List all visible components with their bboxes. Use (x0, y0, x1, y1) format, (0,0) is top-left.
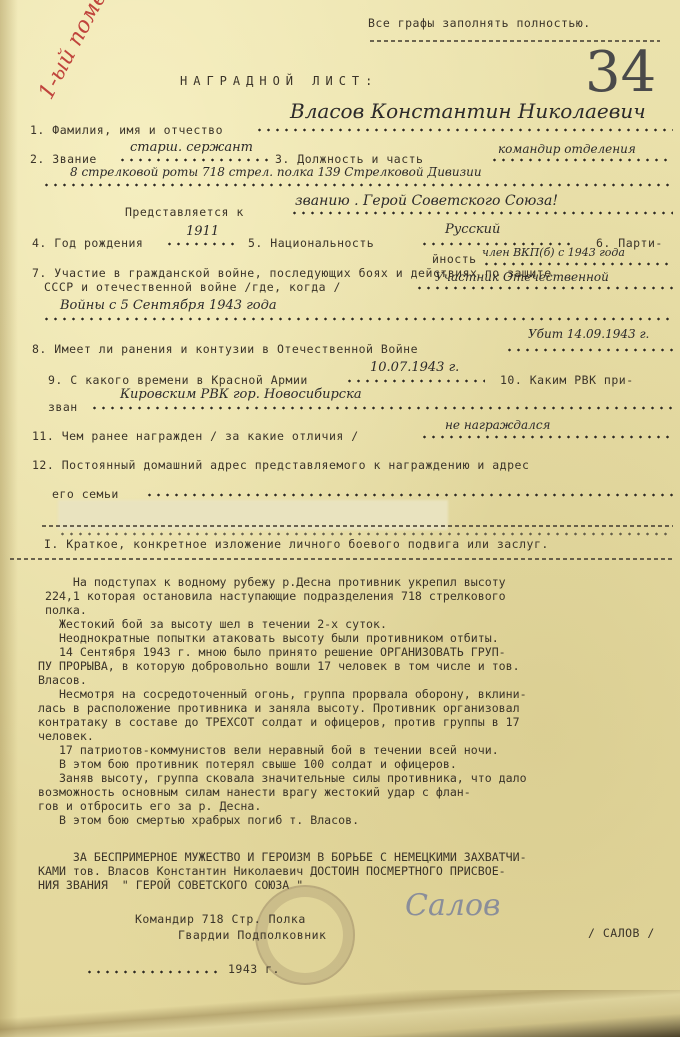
narrative-line: 14 Сентября 1943 г. мною было принято ре… (38, 645, 527, 659)
narrative-line: На подступах к водному рубежу р.Десна пр… (38, 575, 527, 589)
field-12-label-line2: его семьи (52, 487, 119, 501)
field-10-label-b: зван (48, 400, 78, 414)
commander-rank: Гвардии Подполковник (178, 928, 326, 942)
field-3-label: 3. Должность и часть (275, 152, 423, 166)
field-2-value: старш. сержант (130, 140, 253, 155)
narrative-text: На подступах к водному рубежу р.Десна пр… (38, 575, 527, 827)
present-label: Представляется к (125, 205, 244, 219)
document-title: НАГРАДНОЙ ЛИСТ: (180, 74, 378, 88)
field-7-value-line1: Участник Отечественной (435, 270, 609, 284)
field-7-value-line2: Войны с 5 Сентября 1943 года (60, 298, 277, 313)
conclusion-line: КАМИ тов. Власов Константин Николаевич Д… (38, 864, 527, 878)
narrative-line: возможность основным силам нанести врагу… (38, 785, 527, 799)
field-8-value: Убит 14.09.1943 г. (528, 327, 649, 341)
field-1-value: Власов Константин Николаевич (290, 99, 646, 123)
field-9-value: 10.07.1943 г. (370, 360, 459, 375)
field-12-label-line1: 12. Постоянный домашний адрес представля… (32, 458, 529, 472)
narrative-line: гов и отбросить его за р. Десна. (38, 799, 527, 813)
narrative-line: полка. (38, 603, 527, 617)
narrative-line: Жестокий бой за высоту шел в течении 2-х… (38, 617, 527, 631)
paper-edge-shadow (0, 0, 18, 1037)
sheet-number: 34 (585, 40, 656, 105)
field-7-dotted-line (415, 286, 673, 290)
field-1-label: 1. Фамилия, имя и отчество (30, 123, 223, 137)
handwritten-signature: Салов (405, 888, 500, 923)
date-year: 1943 г. (228, 962, 280, 976)
field-10-dotted-line (90, 406, 673, 410)
field-6-label-b: йность (432, 252, 477, 266)
field-9-label: 9. С какого времени в Красной Армии (48, 373, 308, 387)
narrative-line: лась в расположение противника и заняла … (38, 701, 527, 715)
commander-name: / САЛОВ / (588, 926, 655, 940)
field-2-label: 2. Звание (30, 152, 97, 166)
field-11-value: не награждался (445, 418, 551, 432)
field-7-label-line2: СССР и отечественной войне /где, когда / (44, 280, 341, 294)
narrative-line: В этом бою смертью храбрых погиб т. Влас… (38, 813, 527, 827)
field-5-value: Русский (445, 222, 500, 237)
commander-title: Командир 718 Стр. Полка (135, 912, 306, 926)
narrative-line: 224,1 которая остановила наступающие под… (38, 589, 527, 603)
field-7-dotted-line-2 (42, 317, 673, 321)
narrative-line: В этом бою противник потерял свыше 100 с… (38, 757, 527, 771)
narrative-line: Заняв высоту, группа сковала значительны… (38, 771, 527, 785)
field-4-label: 4. Год рождения (32, 236, 143, 250)
narrative-line: Несмотря на сосредоточенный огонь, групп… (38, 687, 527, 701)
field-5-label: 5. Национальность (248, 236, 374, 250)
field-12-dotted-line (145, 493, 673, 497)
field-8-dotted-line (505, 348, 673, 352)
field-9-dotted-line (345, 379, 485, 383)
field-11-label: 11. Чем ранее награжден / за какие отлич… (32, 429, 359, 443)
narrative-line: человек. (38, 729, 527, 743)
present-value: званию . Герой Советского Союза! (295, 193, 558, 209)
field-6-value: член ВКП(б) с 1943 года (482, 246, 625, 259)
field-10-label-a: 10. Каким РВК при- (500, 373, 634, 387)
paper-fold (0, 990, 680, 1037)
field-3-dotted-line-2 (42, 183, 673, 187)
instruction-text: Все графы заполнять полностью. (368, 16, 591, 30)
field-10-value: Кировским РВК гор. Новосибирска (120, 387, 362, 402)
field-12-dotted-line-2 (58, 532, 673, 536)
narrative-line: Неоднократные попытки атаковать высоту б… (38, 631, 527, 645)
conclusion-line: ЗА БЕСПРИМЕРНОЕ МУЖЕСТВО И ГЕРОИЗМ В БОР… (38, 850, 527, 864)
narrative-line: 17 патриотов-коммунистов вели неравный б… (38, 743, 527, 757)
field-3-value-line1: командир отделения (498, 142, 636, 156)
field-3-dotted-line (490, 158, 673, 162)
section-divider-bottom (10, 558, 673, 560)
narrative-line: контратаку в составе до ТРЕХСОТ солдат и… (38, 715, 527, 729)
narrative-line: Власов. (38, 673, 527, 687)
field-4-dotted-line (165, 242, 237, 246)
section-divider-top (42, 525, 673, 527)
present-dotted-line (290, 211, 673, 215)
field-11-dotted-line (420, 435, 673, 439)
narrative-line: ПУ ПРОРЫВА, в которую добровольно вошли … (38, 659, 527, 673)
field-2-dotted-line (118, 158, 268, 162)
date-dotted-line (85, 970, 220, 974)
field-4-value: 1911 (186, 224, 219, 239)
field-3-value-line2: 8 стрелковой роты 718 стрел. полка 139 С… (70, 165, 482, 179)
conclusion-text: ЗА БЕСПРИМЕРНОЕ МУЖЕСТВО И ГЕРОИЗМ В БОР… (38, 850, 527, 892)
field-8-label: 8. Имеет ли ранения и контузии в Отечест… (32, 342, 418, 356)
field-1-dotted-line (255, 128, 673, 132)
section-heading: I. Краткое, конкретное изложение личного… (44, 537, 549, 551)
